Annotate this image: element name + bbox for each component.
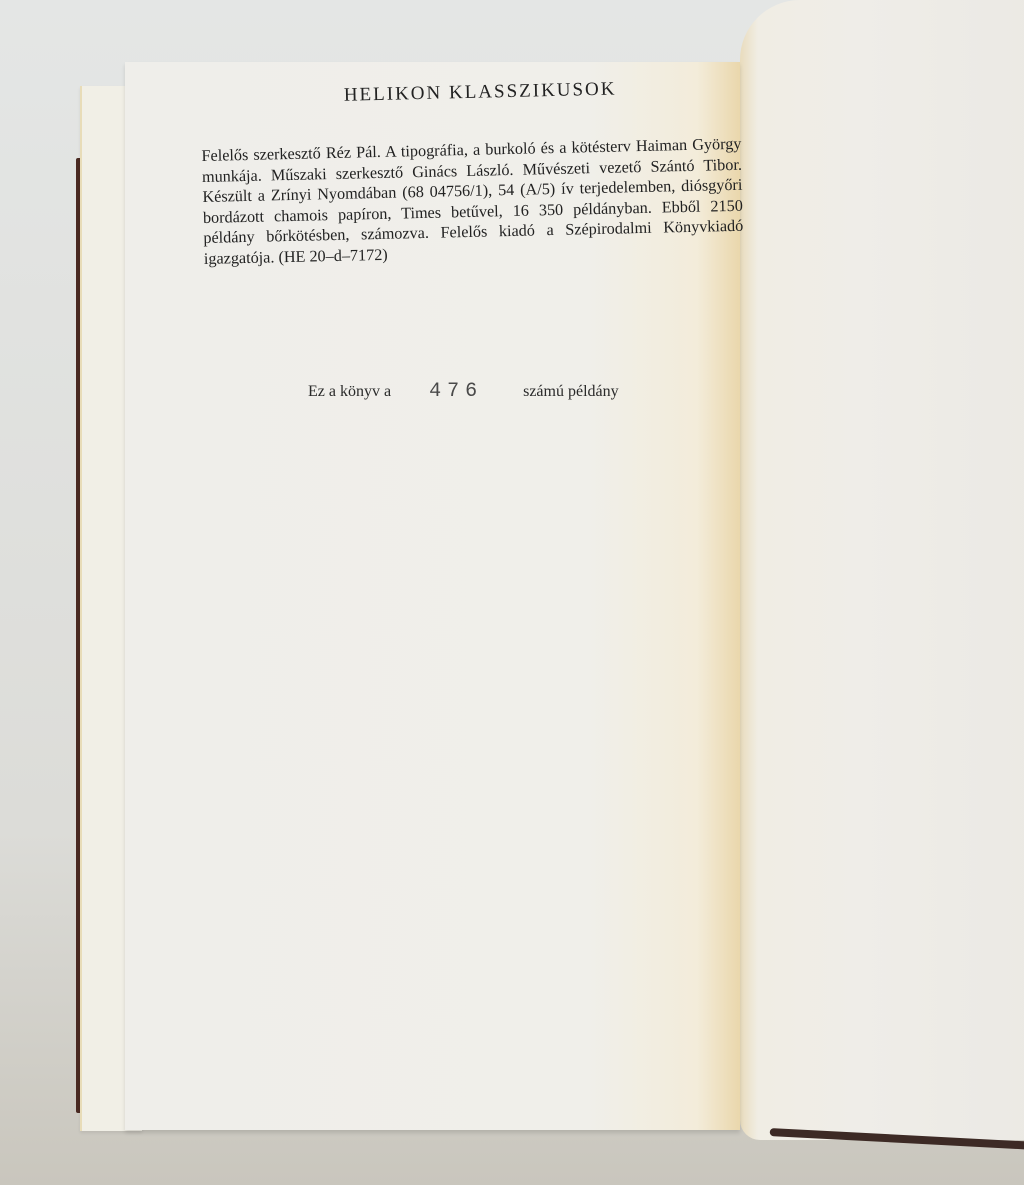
colophon-text: Felelős szerkesztő Réz Pál. A tipográfia… [201,134,744,269]
copy-number-statement: Ez a könyv a 476 számú példány [308,380,619,403]
right-page [740,0,1024,1140]
colophon-block: HELIKON KLASSZIKUSOK Felelős szerkesztő … [200,76,744,269]
copy-number: 476 [429,380,483,403]
book-photo: HELIKON KLASSZIKUSOK Felelős szerkesztő … [0,0,1024,1185]
copy-suffix: számú példány [523,383,619,401]
copy-prefix: Ez a könyv a [308,383,391,401]
